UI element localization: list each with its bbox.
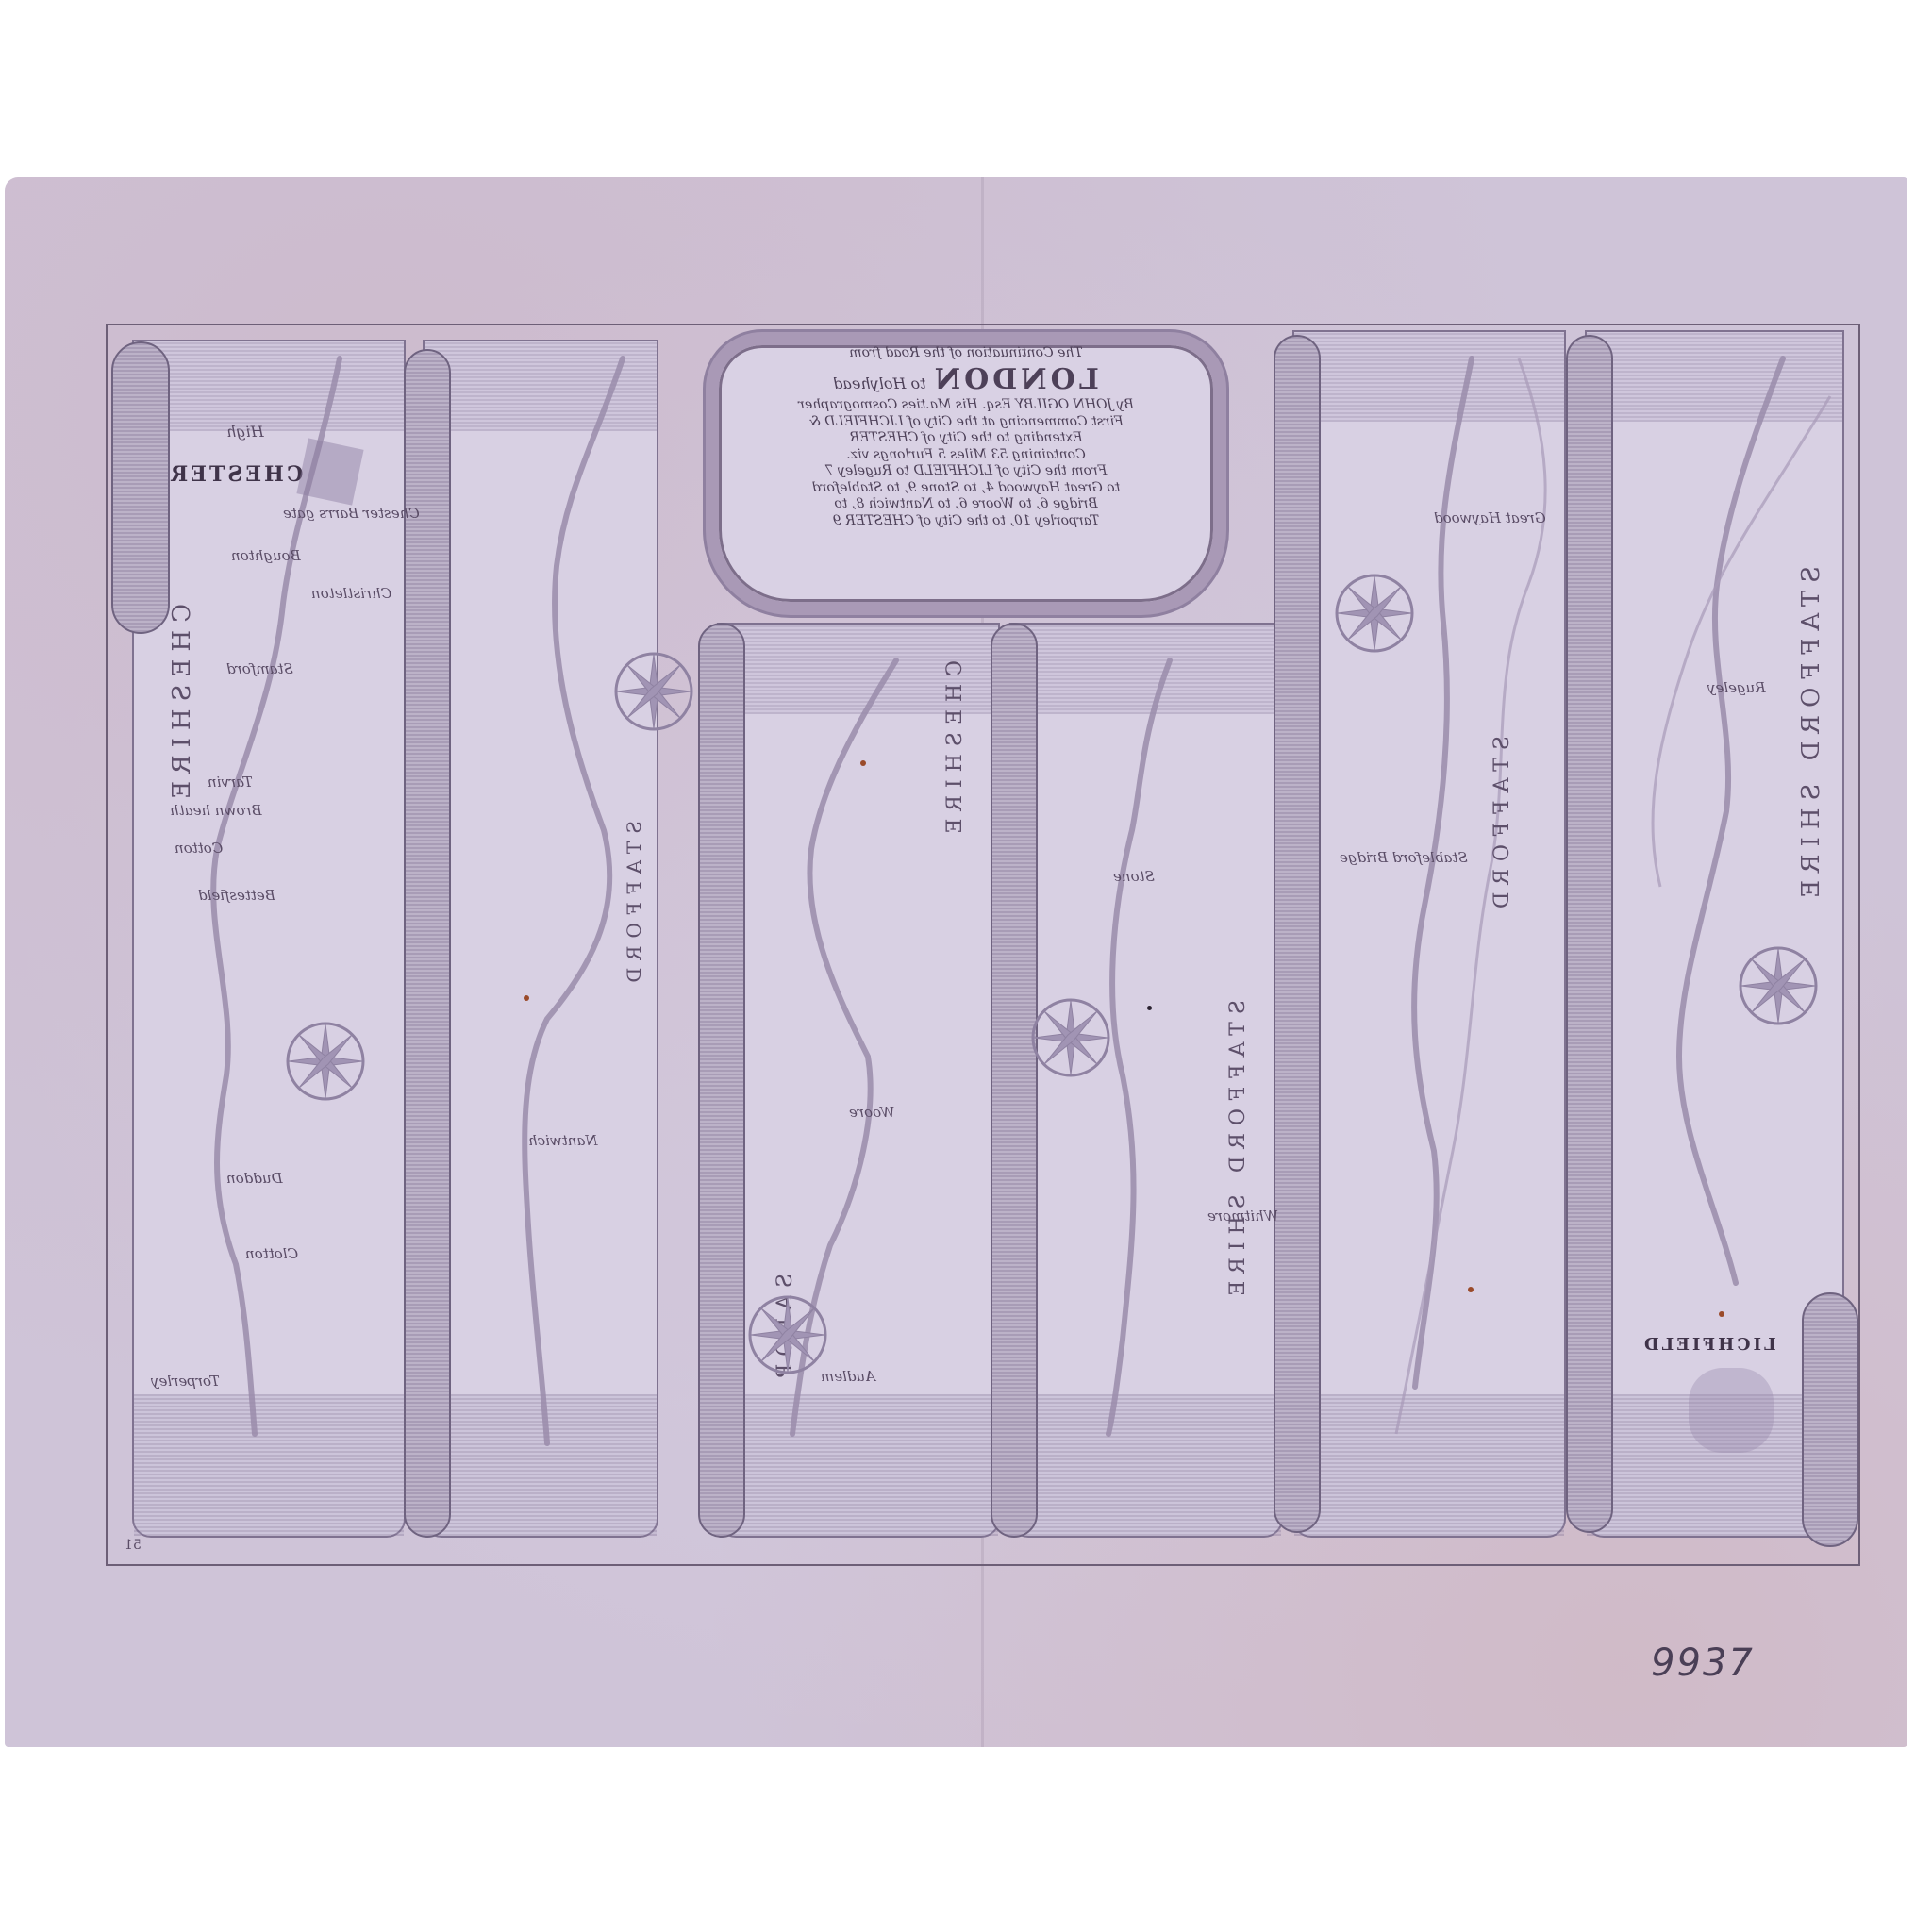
road-lines <box>0 0 1932 1932</box>
county-label-stafford-left: STAFFORD <box>623 821 645 991</box>
town-label-tarporley: Torperley <box>151 1373 220 1390</box>
place-label: Stone <box>1113 868 1155 885</box>
county-label-cheshire-mid: CHESHIRE <box>943 660 967 841</box>
cartouche-line-1: The Continuation of the Road from <box>762 345 1170 362</box>
title-cartouche: The Continuation of the Road from LONDON… <box>706 332 1226 615</box>
county-label-cheshire: CHESHIRE <box>168 604 196 807</box>
place-label: Bettesfield <box>198 887 275 904</box>
foxing-stain <box>1147 1006 1152 1010</box>
town-label-lichfield: LICHFIELD <box>1641 1335 1776 1355</box>
foxing-stain <box>1719 1311 1724 1317</box>
town-label-high: High <box>226 423 264 441</box>
cartouche-line-10: Bridge 6, to Woore 6, to Nantwich 8, to <box>762 496 1170 513</box>
cartouche-line-9: to Great Haywood 4, to Stone 9, to Stabl… <box>762 480 1170 497</box>
cartouche-line-8: From the City of LICHFIELD to Rugeley 7 <box>762 463 1170 480</box>
compass-rose-icon <box>745 1292 830 1377</box>
cartouche-line-4: By JOHN OGILBY Esq. His Ma.ties Cosmogra… <box>762 397 1170 414</box>
place-label: Tarvin <box>208 774 253 791</box>
foxing-stain <box>1468 1287 1474 1292</box>
county-label-stafford-5: STAFFORD <box>1491 736 1514 916</box>
place-label: Rugeley <box>1707 679 1766 696</box>
inventory-number: 9937 <box>1651 1641 1755 1685</box>
foxing-stain <box>860 760 866 766</box>
cartouche-line-7: Containing 53 Miles 5 Furlongs viz. <box>762 447 1170 464</box>
cartouche-line-6: Extending to the City of CHESTER <box>762 430 1170 447</box>
chester-town-block <box>296 438 363 505</box>
compass-rose-icon <box>1736 943 1821 1028</box>
lichfield-town-block <box>1689 1368 1774 1453</box>
place-label: Duddon <box>226 1170 283 1187</box>
place-label: Stamford <box>226 660 293 677</box>
place-label: Chester Barrs gate <box>283 505 420 522</box>
compass-rose-icon <box>1028 995 1113 1080</box>
cartouche-line-5: First Commencing at the City of LICHFIEL… <box>762 414 1170 431</box>
place-label: Boughton <box>231 547 301 564</box>
foxing-stain <box>524 995 529 1001</box>
place-label: Cotton <box>175 840 223 857</box>
cartouche-text: The Continuation of the Road from LONDON… <box>762 345 1170 529</box>
compass-rose-icon <box>611 649 696 734</box>
place-label: Woore <box>849 1104 895 1121</box>
county-label-stafford-mid: STAFFORD SHIRE <box>1226 1000 1250 1304</box>
plate-number: 51 <box>125 1538 142 1553</box>
cartouche-line-11: Tarporley 10, to the City of CHESTER 9 <box>762 513 1170 530</box>
compass-rose-icon <box>283 1019 368 1104</box>
place-label: Great Haywood <box>1434 509 1546 526</box>
place-label: Nantwich <box>528 1132 597 1149</box>
county-label-stafford-right: STAFFORD SHIRE <box>1797 566 1825 906</box>
cartouche-line-2: LONDON to Holyhead <box>762 362 1170 398</box>
place-label: Clotton <box>245 1245 298 1262</box>
place-label: Christleton <box>311 585 391 602</box>
compass-rose-icon <box>1332 571 1417 656</box>
town-label-chester: CHESTER <box>168 462 303 487</box>
place-label: Stableford Bridge <box>1340 849 1468 866</box>
